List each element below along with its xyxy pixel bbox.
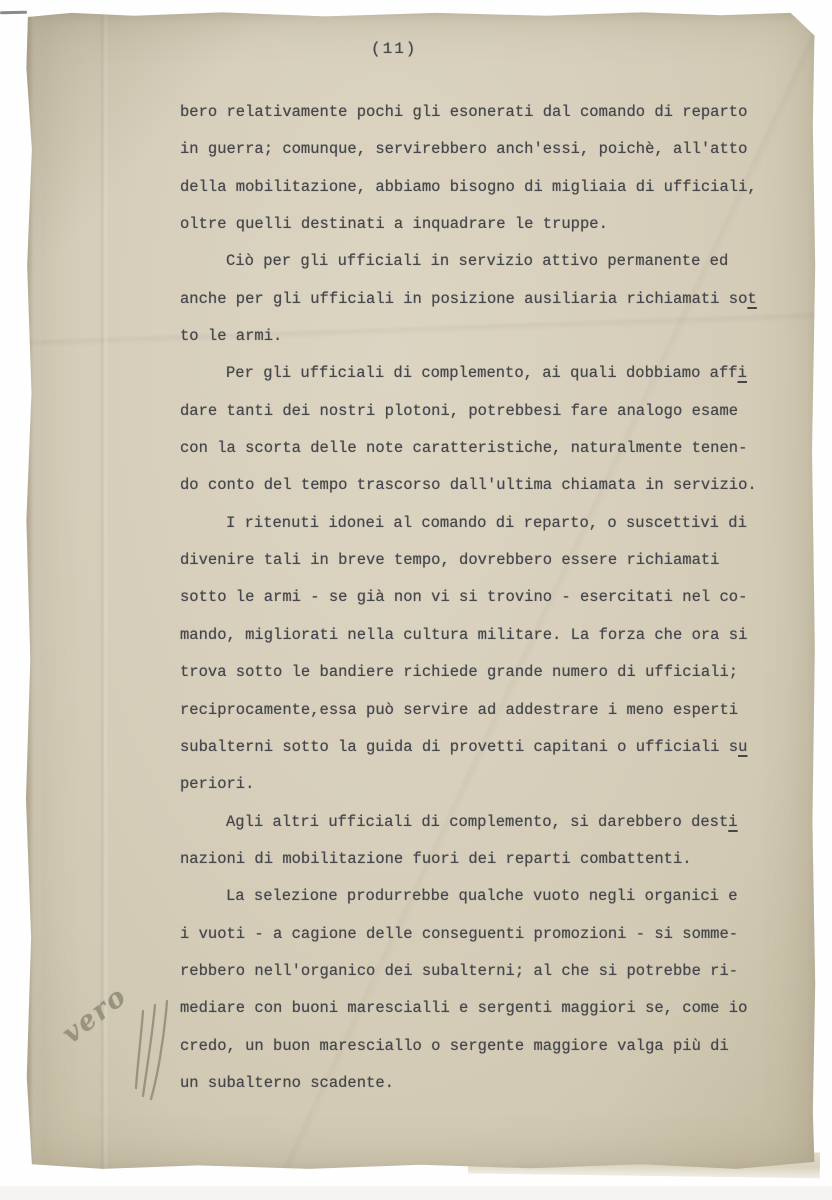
typewritten-line: in guerra; comunque, servirebbero anch'e… [180, 131, 786, 168]
typewritten-line: anche per gli ufficiali in posizione aus… [180, 281, 786, 318]
typewritten-line: I ritenuti idonei al comando di reparto,… [180, 505, 786, 542]
typewritten-line: oltre quelli destinati a inquadrare le t… [180, 206, 786, 243]
scan-edge-mark [0, 11, 27, 14]
typewritten-line: periori. [180, 766, 786, 803]
typewritten-line: bero relativamente pochi gli esonerati d… [180, 94, 786, 131]
typewritten-line: Agli altri ufficiali di complemento, si … [180, 804, 786, 841]
typewritten-line: nazioni di mobilitazione fuori dei repar… [180, 841, 786, 878]
typewritten-line: della mobilitazione, abbiamo bisogno di … [180, 169, 786, 206]
typewritten-line: un subalterno scadente. [180, 1065, 786, 1102]
typewritten-line: Ciò per gli ufficiali in servizio attivo… [180, 243, 786, 280]
typewritten-text-block: bero relativamente pochi gli esonerati d… [180, 94, 786, 1102]
scan-bottom-strip [0, 1186, 832, 1200]
typewritten-line: sotto le armi - se già non vi si trovino… [180, 579, 786, 616]
typewritten-line: con la scorta delle note caratteristiche… [180, 430, 786, 467]
typewritten-line: to le armi. [180, 318, 786, 355]
typewritten-line: subalterni sotto la guida di provetti ca… [180, 729, 786, 766]
typewritten-line: divenire tali in breve tempo, dovrebbero… [180, 542, 786, 579]
typewritten-line: credo, un buon maresciallo o sergente ma… [180, 1028, 786, 1065]
typewritten-line: trova sotto le bandiere richiede grande … [180, 654, 786, 691]
typewritten-line: rebbero nell'organico dei subalterni; al… [180, 953, 786, 990]
typewritten-line: mando, migliorati nella cultura militare… [180, 617, 786, 654]
scan-background: (11) bero relativamente pochi gli esoner… [0, 0, 832, 1200]
handwritten-annotation-vero: vero [56, 980, 133, 1049]
typewritten-line: do conto del tempo trascorso dall'ultima… [180, 467, 786, 504]
typewritten-line: La selezione produrrebbe qualche vuoto n… [180, 878, 786, 915]
page-number: (11) [371, 40, 417, 58]
typewritten-line: reciprocamente,essa può servire ad addes… [180, 692, 786, 729]
typewritten-line: i vuoti - a cagione delle conseguenti pr… [180, 916, 786, 953]
typewritten-line: Per gli ufficiali di complemento, ai qua… [180, 355, 786, 392]
typewritten-line: mediare con buoni marescialli e sergenti… [180, 990, 786, 1027]
document-page: (11) bero relativamente pochi gli esoner… [24, 10, 816, 1170]
typewritten-line: dare tanti dei nostri plotoni, potrebbes… [180, 393, 786, 430]
pencil-tally-slashes-icon [130, 998, 176, 1102]
